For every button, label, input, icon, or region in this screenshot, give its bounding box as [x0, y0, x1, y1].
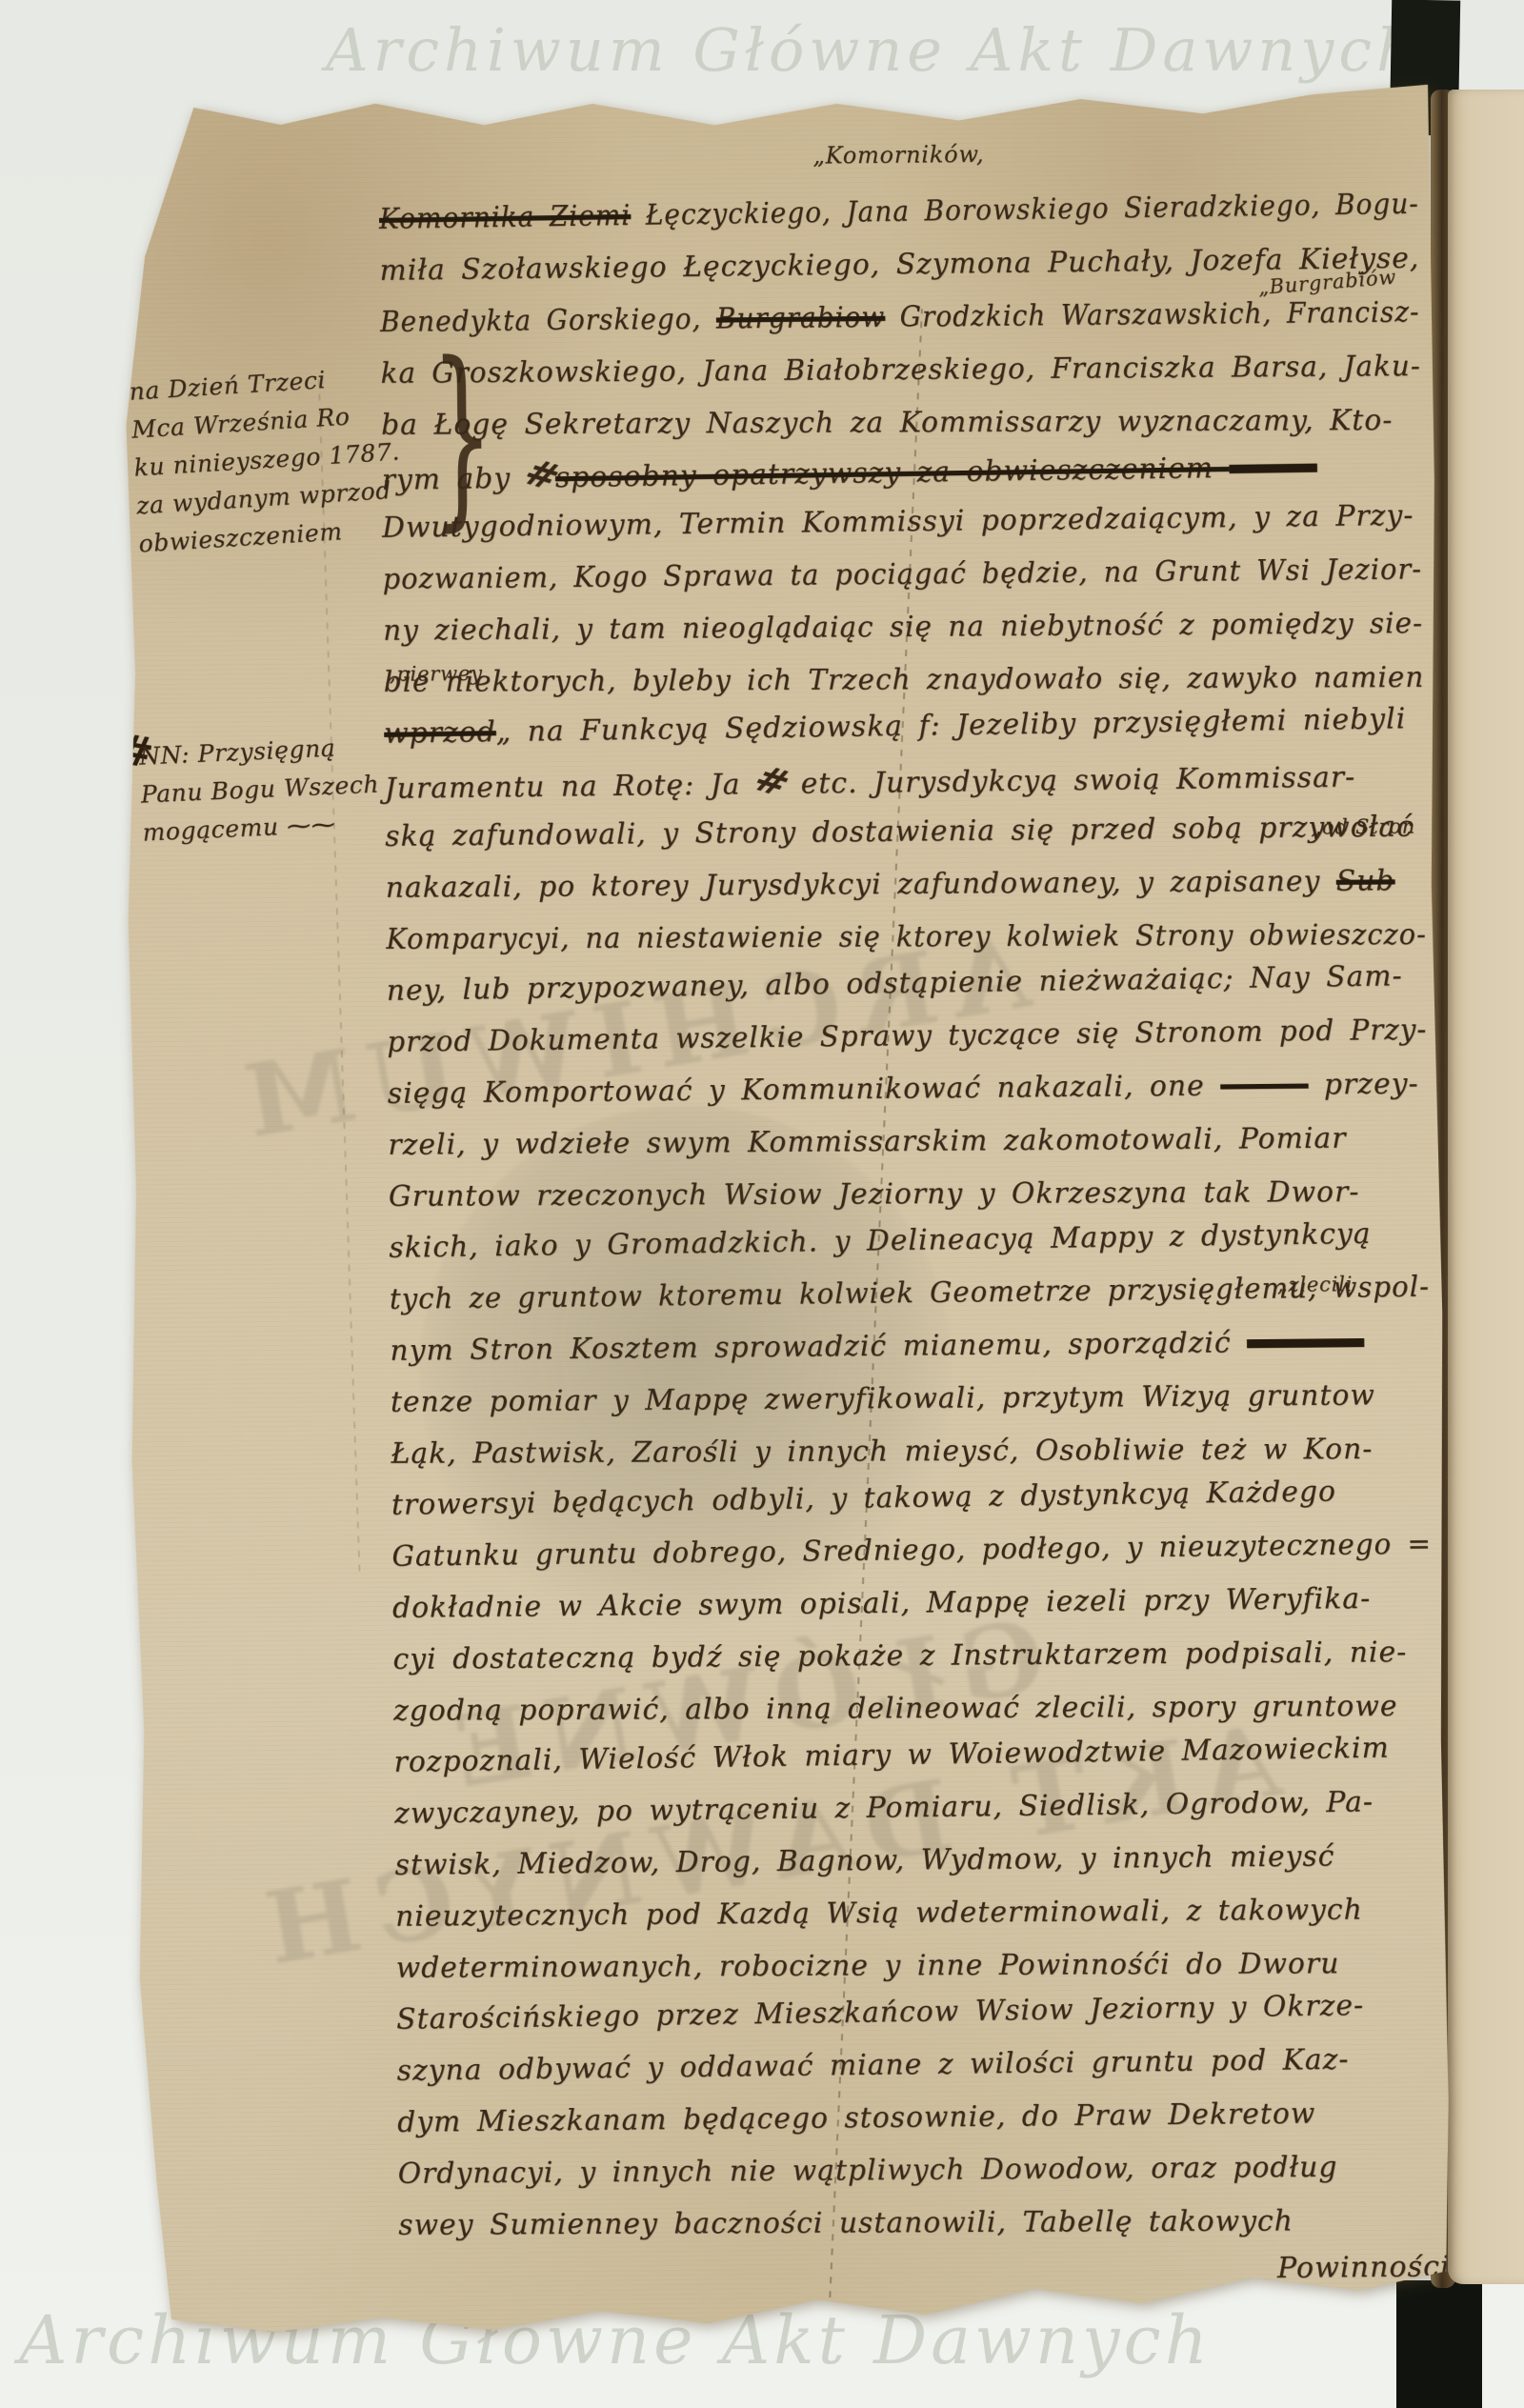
handwritten-text: Komparycyi, na niestawienie się ktorey k… [386, 918, 1427, 956]
struck-text: wprzod [384, 715, 496, 751]
manuscript-line: sięgą Komportować y Kommunikować nakazal… [388, 1058, 1428, 1119]
interlinear-komornikow: „Komorników, [812, 141, 984, 170]
handwritten-text: przey- [1308, 1067, 1418, 1101]
margin-note-oath: NN: Przysięgną Panu Bogu Wszech mogącemu… [138, 728, 382, 853]
struck-text: Komornika Ziemi [379, 199, 632, 236]
handwritten-text: tych ze gruntow ktoremu kolwiek Geometrz… [390, 1271, 1430, 1316]
manuscript-line: Benedykta Gorskiego, Burgrabiow Grodzkic… [380, 288, 1358, 349]
handwritten-text: ney, lub przypozwaney, albo odstąpienie … [387, 959, 1403, 1008]
struck-text: ———— [1247, 1325, 1364, 1359]
handwritten-text: wdeterminowanych, robocizne y inne Powin… [396, 1947, 1340, 1985]
handwritten-text: Gruntow rzeczonych Wsiow Jeziorny y Okrz… [389, 1175, 1360, 1214]
handwritten-text: przod Dokumenta wszelkie Sprawy tyczące … [387, 1013, 1427, 1059]
handwritten-text: Benedykta Gorskiego, [380, 302, 716, 338]
handwritten-text: szyna odbywać y oddawać miane z wilości … [396, 2043, 1349, 2088]
handwritten-text: „ na Funkcyą Sędziowską f: Jezeliby przy… [496, 702, 1407, 749]
handwritten-text: nym Stron Kosztem sprowadzić mianemu, sp… [390, 1326, 1247, 1368]
handwritten-text: Dwutygodniowym, Termin Kommissyi poprzed… [382, 499, 1414, 545]
handwritten-text: zgodną poprawić, albo inną delineować zl… [393, 1690, 1398, 1728]
manuscript-line: cyi dostateczną bydź się pokaże z Instru… [392, 1627, 1433, 1686]
handwritten-text: swey Sumienney baczności ustanowili, Tab… [398, 2204, 1293, 2241]
handwritten-text: tenze pomiar y Mappę zweryfikowali, przy… [391, 1378, 1375, 1418]
manuscript-line: rzeli, y wdziełe swym Kommissarskim zako… [388, 1113, 1428, 1172]
handwritten-text: dym Mieszkanam będącego stosownie, do Pr… [397, 2097, 1315, 2139]
handwritten-text: Starościńskiego przez Mieszkańcow Wsiow … [396, 1989, 1365, 2037]
handwritten-text: zwyczayney, po wytrąceniu z Pomiaru, Sie… [394, 1785, 1374, 1830]
manuscript-page: ARCHIWUM GŁÓWNE AKT DAWNYCH # na Dzień T… [77, 75, 1455, 2338]
handwritten-text: etc. Jurysdykcyą swoią Kommissar- [785, 761, 1355, 801]
handwritten-text: ską zafundowali, y Strony dostawienia si… [385, 810, 1414, 853]
archive-watermark-top: Archiwum Główne Akt Dawnych [326, 15, 1419, 85]
handwritten-text: skich, iako y Gromadzkich. y Delineacyą … [389, 1217, 1372, 1265]
handwritten-text: ba Łogę Sekretarzy Naszych za Kommissarz… [381, 404, 1393, 442]
manuscript-line: nieuzytecznych pod Kazdą Wsią wdetermino… [395, 1884, 1435, 1943]
handwritten-text: rym aby [381, 462, 526, 497]
handwritten-text: nieuzytecznych pod Kazdą Wsią wdetermino… [395, 1894, 1363, 1934]
handwritten-text: nakazali, po ktorey Jurysdykcyi zafundow… [386, 865, 1336, 905]
struck-text: Sub [1336, 864, 1395, 897]
manuscript-line: ka Groszkowskiego, Jana Białobrzeskiego,… [380, 341, 1409, 400]
handwritten-text: cyi dostateczną bydź się pokaże z Instru… [392, 1635, 1407, 1676]
manuscript-line: Ordynacyi, y innych nie wątpliwych Dowod… [398, 2141, 1438, 2200]
manuscript-line: dokładnie w Akcie swym opisali, Mappę ie… [392, 1573, 1433, 1634]
handwritten-text: Łęczyckiego, Jana Borowskiego Sieradzkie… [631, 188, 1419, 232]
manuscript-line: stwisk, Miedzow, Drog, Bagnow, Wydmow, y… [394, 1830, 1434, 1891]
manuscript-line: nym Stron Kosztem sprowadzić mianemu, sp… [390, 1315, 1430, 1376]
manuscript-line: ską zafundowali, y Strony dostawienia si… [385, 801, 1425, 862]
handwritten-text: Łąk, Pastwisk, Zarośli y innych mieysć, … [391, 1433, 1373, 1471]
manuscript-line: ny ziechali, y tam nieoglądaiąc się na n… [383, 598, 1413, 657]
handwritten-text: trowersyi będących odbyli, y takową z dy… [391, 1475, 1336, 1521]
struck-text: ——— [1229, 451, 1317, 485]
handwritten-text: dokładnie w Akcie swym opisali, Mappę ie… [392, 1582, 1371, 1625]
handwritten-text: miła Szoławskiego Łęczyckiego, Szymona P… [379, 242, 1419, 288]
struck-text: ——— [1220, 1069, 1309, 1103]
scanned-document-viewport: Archiwum Główne Akt Dawnych Archiwum Głó… [0, 0, 1524, 2408]
manuscript-line: tenze pomiar y Mappę zweryfikowali, przy… [391, 1370, 1431, 1429]
handwritten-text: pozwaniem, Kogo Sprawa ta pociągać będzi… [382, 552, 1422, 595]
handwritten-text: rzeli, y wdziełe swym Kommissarskim zako… [388, 1122, 1346, 1162]
handwritten-text: rozpoznali, Wielość Włok miary w Woiewod… [393, 1732, 1390, 1779]
manuscript-line: tych ze gruntow ktoremu kolwiek Geometrz… [390, 1262, 1410, 1326]
handwritten-text: ny ziechali, y tam nieoglądaiąc się na n… [383, 607, 1423, 648]
handwritten-text: ka Groszkowskiego, Jana Białobrzeskiego,… [380, 350, 1420, 391]
manuscript-line: Powinności [399, 2241, 1451, 2303]
margin-note-date: na Dzień Trzeci Mca Września Ro ku ninie… [129, 357, 407, 564]
manuscript-line: pozwaniem, Kogo Sprawa ta pociągać będzi… [382, 545, 1392, 606]
next-page-edge [1448, 90, 1524, 2284]
handwritten-text: Powinności [1277, 2250, 1451, 2285]
handwritten-text: Gatunku gruntu dobrego, Sredniego, podłe… [391, 1528, 1432, 1574]
struck-text: sposobny opatrzywszy za obwieszczeniem [555, 451, 1230, 494]
handwritten-text: bie niektorych, byleby ich Trzech znaydo… [384, 661, 1425, 699]
manuscript-line: nakazali, po ktorey Jurysdykcyi zafundow… [386, 855, 1426, 914]
struck-text: Burgrabiow [716, 301, 886, 336]
handwritten-text: Ordynacyi, y innych nie wątpliwych Dowod… [398, 2151, 1338, 2191]
manuscript-line: dym Mieszkanam będącego stosownie, do Pr… [397, 2087, 1437, 2148]
paper-sheet: ARCHIWUM GŁÓWNE AKT DAWNYCH # na Dzień T… [77, 75, 1455, 2338]
handwritten-text: Juramentu na Rotę: Ja [385, 768, 757, 806]
handwritten-text: Grodzkich Warszawskich, Francisz- [885, 295, 1420, 333]
handwritten-text: sięgą Komportować y Kommunikować nakazal… [388, 1069, 1221, 1110]
handwritten-text: stwisk, Miedzow, Drog, Bagnow, Wydmow, y… [394, 1839, 1334, 1881]
